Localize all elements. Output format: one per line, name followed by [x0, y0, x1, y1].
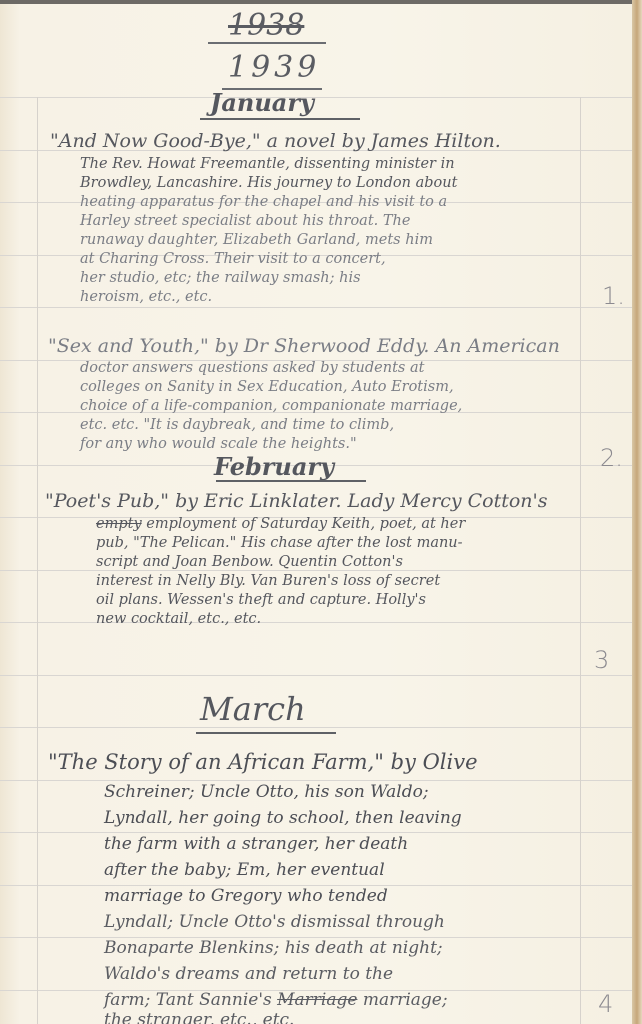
year-underline [208, 42, 326, 44]
month-underline [200, 118, 360, 120]
entry-line: colleges on Sanity in Sex Education, Aut… [80, 379, 454, 396]
month-heading-january: January [210, 88, 314, 117]
entry-line: The Rev. Howat Freemantle, dissenting mi… [80, 156, 455, 173]
entry-line: marriage to Gregory who tended [104, 888, 388, 905]
ruled-line [0, 675, 634, 676]
entry-line-text: marriage; [357, 990, 447, 1010]
entry-line: farm; Tant Sannie's Marriage marriage; [104, 992, 448, 1009]
ruled-line [0, 97, 634, 98]
entry-title: "And Now Good-Bye," a novel by James Hil… [50, 130, 501, 152]
entry-line: the farm with a stranger, her death [104, 836, 408, 853]
entry-title: "Poet's Pub," by Eric Linklater. Lady Me… [45, 490, 548, 512]
month-heading-february: February [214, 452, 334, 481]
left-margin-line [37, 97, 38, 1024]
entry-line: heating apparatus for the chapel and his… [80, 194, 447, 211]
ruled-line [0, 780, 634, 781]
entry-title: "Sex and Youth," by Dr Sherwood Eddy. An… [48, 335, 560, 357]
book-binding-edge [632, 0, 642, 1024]
entry-line: script and Joan Benbow. Quentin Cotton's [96, 554, 403, 571]
ruled-line [0, 307, 634, 308]
entry-line: oil plans. Wessen's theft and capture. H… [96, 592, 426, 609]
page-number: 3 [594, 646, 609, 674]
entry-line: pub, "The Pelican." His chase after the … [96, 535, 463, 552]
entry-line: etc. etc. "It is daybreak, and time to c… [80, 417, 394, 434]
month-underline [216, 480, 366, 482]
top-edge [0, 0, 634, 4]
entry-line: Lyndall; Uncle Otto's dismissal through [104, 914, 445, 931]
struck-word: empty [96, 516, 142, 532]
entry-line: her studio, etc; the railway smash; his [80, 270, 361, 287]
entry-line-text: employment of Saturday Keith, poet, at h… [142, 516, 466, 532]
entry-line: empty employment of Saturday Keith, poet… [96, 516, 465, 533]
page-number: 1. [602, 282, 625, 310]
struck-word: Marriage [277, 990, 357, 1010]
entry-line: Schreiner; Uncle Otto, his son Waldo; [104, 784, 429, 801]
entry-line: after the baby; Em, her eventual [104, 862, 385, 879]
entry-line: Waldo's dreams and return to the [104, 966, 393, 983]
entry-line: Harley street specialist about his throa… [80, 213, 410, 230]
entry-line-text: farm; Tant Sannie's [104, 990, 272, 1010]
page-number: 2. [600, 444, 623, 472]
ruled-line [0, 727, 634, 728]
month-underline [196, 732, 336, 734]
entry-line: interest in Nelly Bly. Van Buren's loss … [96, 573, 440, 590]
entry-title: "The Story of an African Farm," by Olive [48, 750, 478, 774]
entry-line: Bonaparte Blenkins; his death at night; [104, 940, 443, 957]
entry-line: the stranger, etc., etc. [104, 1012, 294, 1024]
entry-line: heroism, etc., etc. [80, 289, 212, 306]
month-heading-march: March [200, 690, 306, 728]
entry-line: runaway daughter, Elizabeth Garland, met… [80, 232, 433, 249]
ruled-line [0, 832, 634, 833]
entry-line: choice of a life-companion, companionate… [80, 398, 462, 415]
year-heading: 1939 [228, 50, 320, 85]
entry-line: doctor answers questions asked by studen… [80, 360, 424, 377]
right-margin-line [580, 97, 581, 1024]
entry-line: for any who would scale the heights." [80, 436, 357, 453]
page-number: 4 [598, 990, 613, 1018]
entry-line: new cocktail, etc., etc. [96, 611, 261, 628]
crossed-out-year: 1938 [228, 8, 304, 43]
entry-line: at Charing Cross. Their visit to a conce… [80, 251, 386, 268]
entry-line: Lyndall, her going to school, then leavi… [104, 810, 462, 827]
entry-line: Browdley, Lancashire. His journey to Lon… [80, 175, 457, 192]
notebook-page: 1938 1939 January "And Now Good-Bye," a … [0, 0, 634, 1024]
